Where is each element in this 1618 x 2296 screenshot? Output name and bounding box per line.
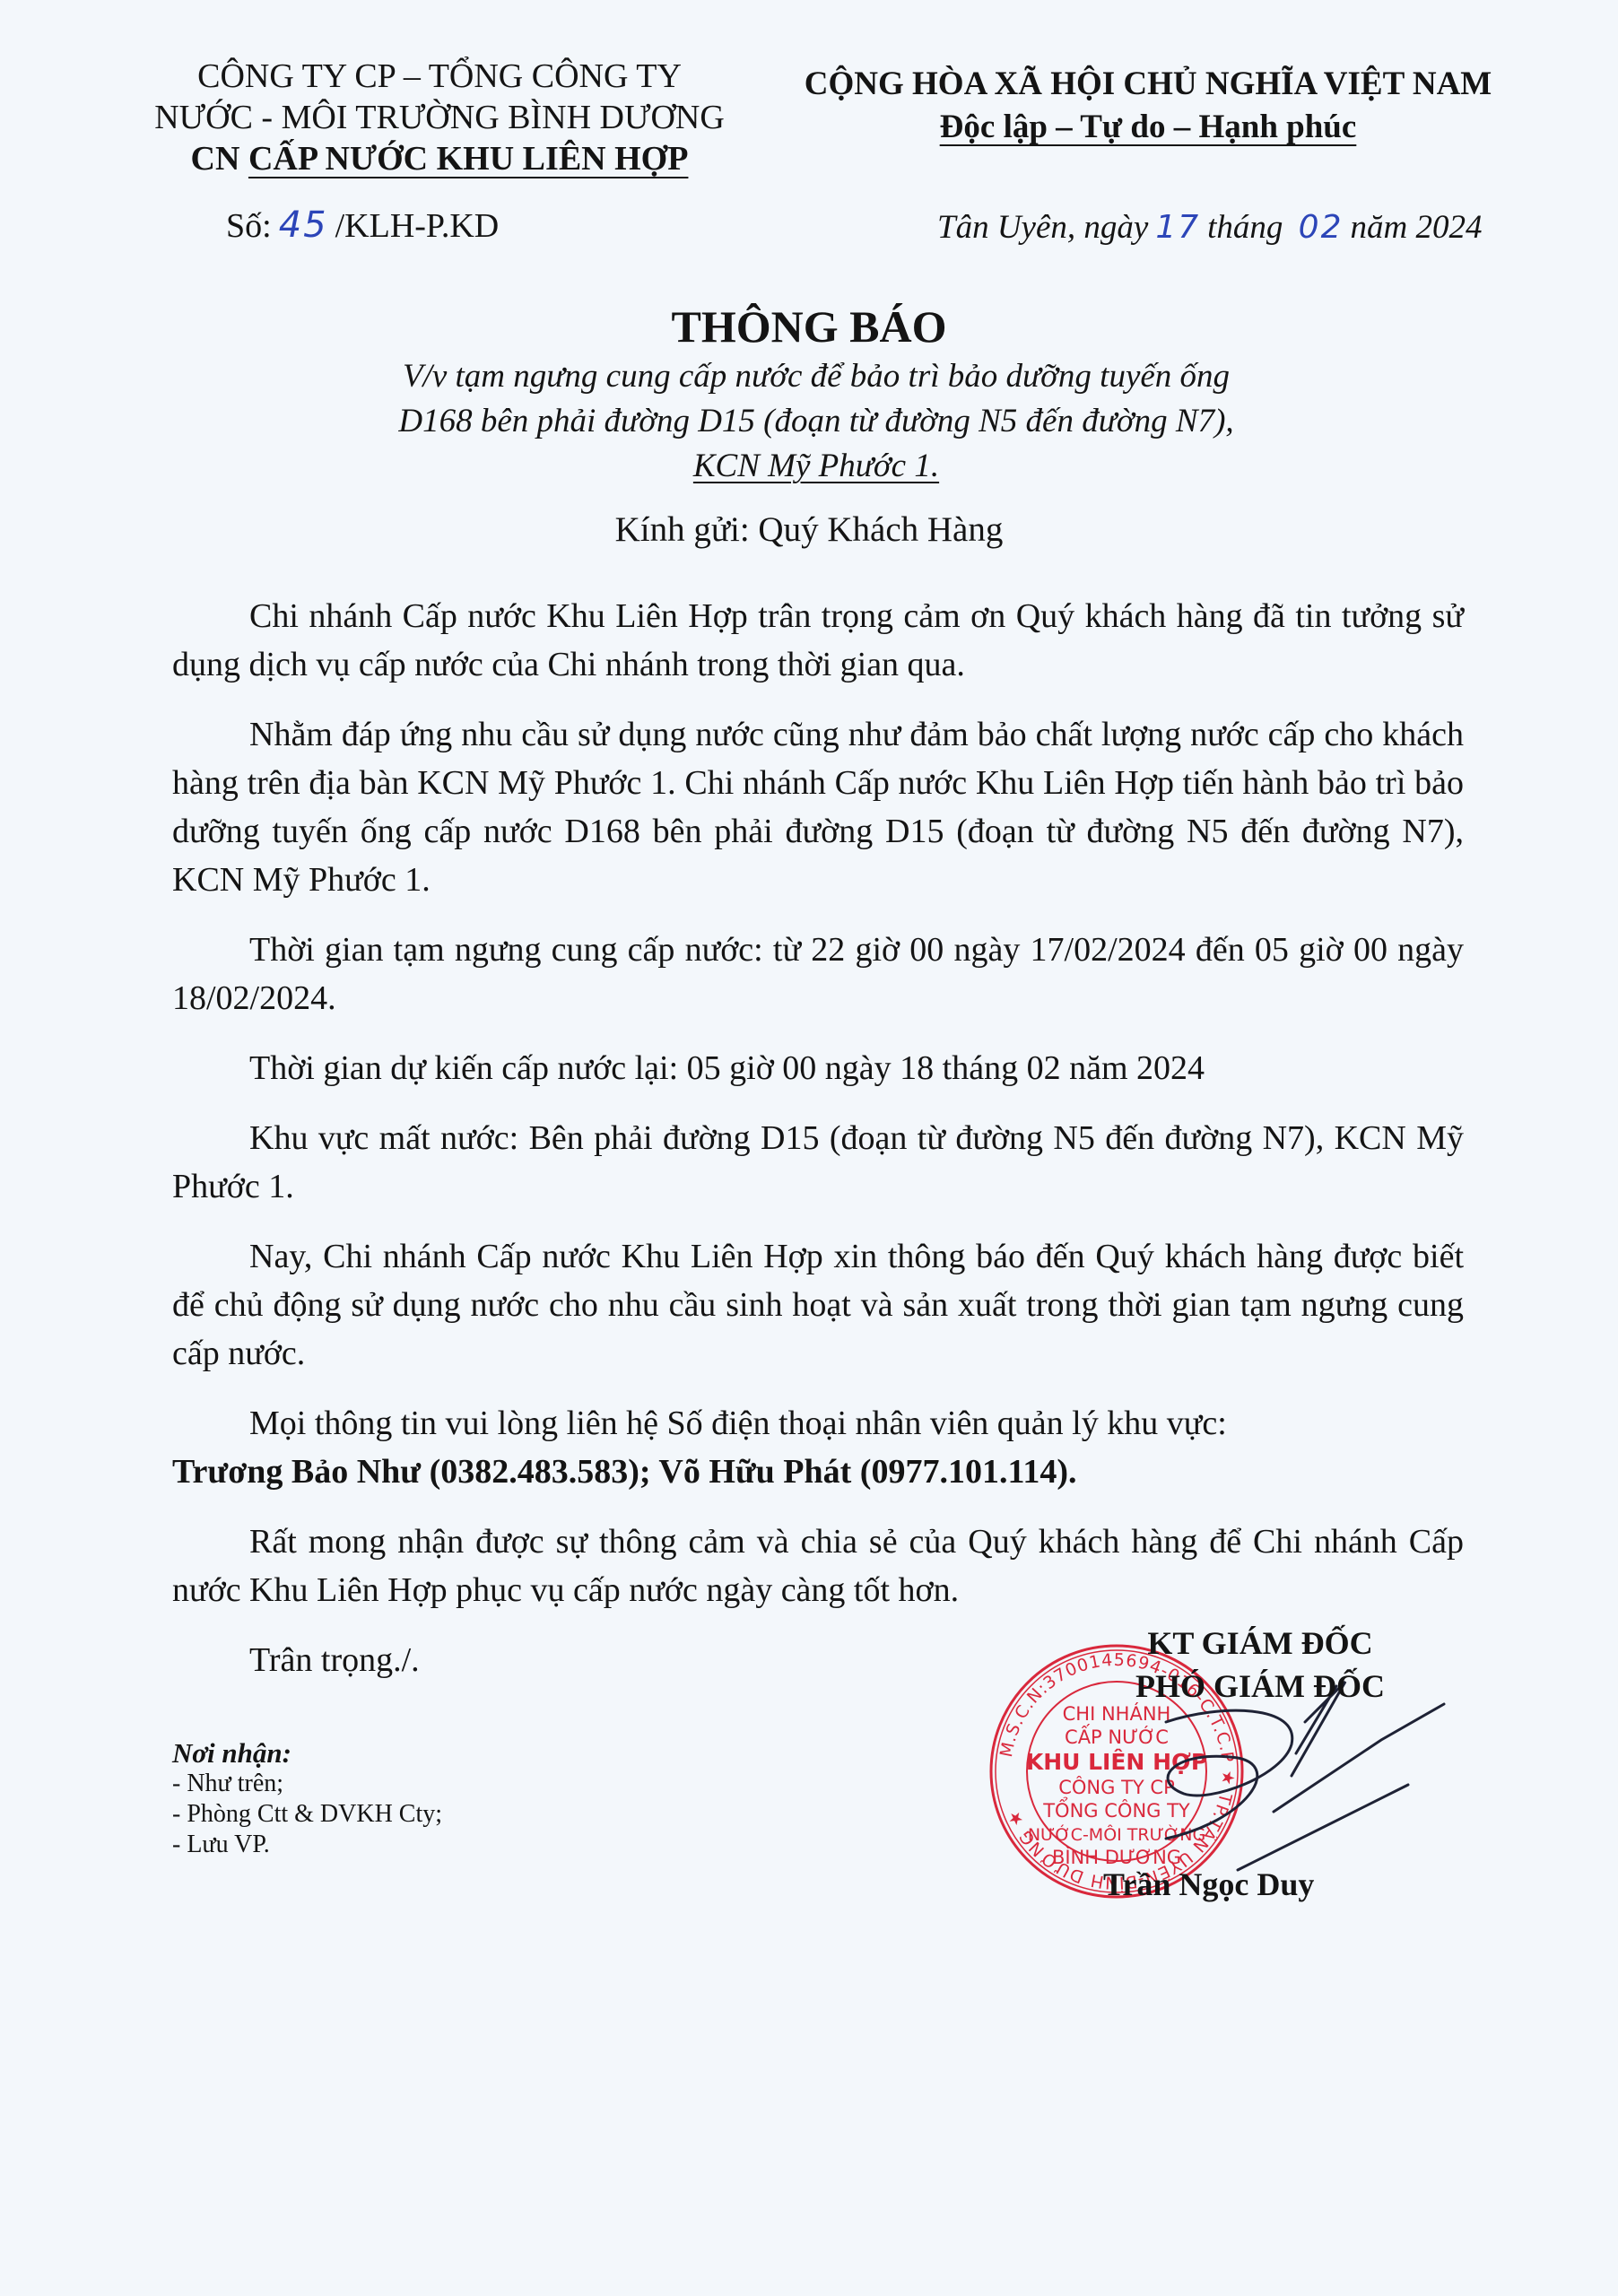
signer-name: Trần Ngọc Duy [1103, 1865, 1314, 1903]
signer-authority: KT GIÁM ĐỐC [1063, 1622, 1457, 1665]
org-line-3-branch: CẤP NƯỚC KHU LIÊN HỢP [248, 140, 689, 178]
document-subject: V/v tạm ngưng cung cấp nước để bảo trì b… [233, 354, 1399, 489]
doc-number-handwritten: 45 [272, 204, 335, 246]
subject-line-3: KCN Mỹ Phước 1. [233, 444, 1399, 489]
date-month: 02 [1292, 209, 1351, 246]
contact-intro: Mọi thông tin vui lòng liên hệ Số điện t… [172, 1399, 1464, 1448]
national-motto: CỘNG HÒA XÃ HỘI CHỦ NGHĨA VIỆT NAM Độc l… [780, 63, 1516, 149]
date-day: 17 [1148, 209, 1207, 246]
date-year: năm 2024 [1350, 209, 1482, 246]
subject-line-3-text: KCN Mỹ Phước 1. [693, 448, 939, 484]
document-title: THÔNG BÁO [0, 300, 1618, 352]
notice-body: Chi nhánh Cấp nước Khu Liên Hợp trân trọ… [172, 592, 1464, 1706]
month-label: tháng [1207, 209, 1283, 246]
doc-number-label: Số: [226, 207, 272, 245]
org-line-3: CN CẤP NƯỚC KHU LIÊN HỢP [117, 138, 762, 179]
signer-position: PHÓ GIÁM ĐỐC [1063, 1665, 1457, 1708]
interruption-time: Thời gian tạm ngưng cung cấp nước: từ 22… [172, 926, 1464, 1022]
document-number: Số:45/KLH-P.KD [226, 204, 499, 246]
contact-details: Trương Bảo Như (0382.483.583); Võ Hữu Ph… [172, 1448, 1464, 1496]
subject-line-1: V/v tạm ngưng cung cấp nước để bảo trì b… [233, 354, 1399, 399]
affected-area: Khu vực mất nước: Bên phải đường D15 (đo… [172, 1114, 1464, 1211]
signature-block: KT GIÁM ĐỐC PHÓ GIÁM ĐỐC [1063, 1622, 1457, 1708]
body-paragraph: Nay, Chi nhánh Cấp nước Khu Liên Hợp xin… [172, 1232, 1464, 1378]
body-paragraph: Nhằm đáp ứng nhu cầu sử dụng nước cũng n… [172, 710, 1464, 904]
motto-text: Độc lập – Tự do – Hạnh phúc [940, 109, 1357, 145]
recipients-list: Nơi nhận: - Như trên; - Phòng Ctt & DVKH… [172, 1738, 442, 1860]
recipient-item: - Lưu VP. [172, 1830, 442, 1860]
org-line-1: CÔNG TY CP – TỔNG CÔNG TY [117, 56, 762, 97]
org-line-3-prefix: CN [191, 140, 248, 178]
doc-number-suffix: /KLH-P.KD [335, 207, 500, 245]
body-paragraph: Chi nhánh Cấp nước Khu Liên Hợp trân trọ… [172, 592, 1464, 689]
place-and-date: Tân Uyên, ngày17tháng 02năm 2024 [937, 208, 1482, 247]
greeting: Kính gửi: Quý Khách Hàng [0, 509, 1618, 550]
issuing-organization: CÔNG TY CP – TỔNG CÔNG TY NƯỚC - MÔI TRƯ… [117, 56, 762, 179]
subject-line-2: D168 bên phải đường D15 (đoạn từ đường N… [233, 399, 1399, 444]
official-notice-page: CÔNG TY CP – TỔNG CÔNG TY NƯỚC - MÔI TRƯ… [0, 0, 1618, 2296]
place-label: Tân Uyên, ngày [937, 209, 1148, 246]
body-paragraph: Rất mong nhận được sự thông cảm và chia … [172, 1518, 1464, 1614]
recipients-heading: Nơi nhận: [172, 1738, 442, 1769]
motto: Độc lập – Tự do – Hạnh phúc [780, 106, 1516, 149]
recipient-item: - Như trên; [172, 1769, 442, 1799]
org-line-2: NƯỚC - MÔI TRƯỜNG BÌNH DƯƠNG [117, 97, 762, 138]
restore-time: Thời gian dự kiến cấp nước lại: 05 giờ 0… [172, 1044, 1464, 1092]
country-name: CỘNG HÒA XÃ HỘI CHỦ NGHĨA VIỆT NAM [780, 63, 1516, 106]
recipient-item: - Phòng Ctt & DVKH Cty; [172, 1799, 442, 1830]
